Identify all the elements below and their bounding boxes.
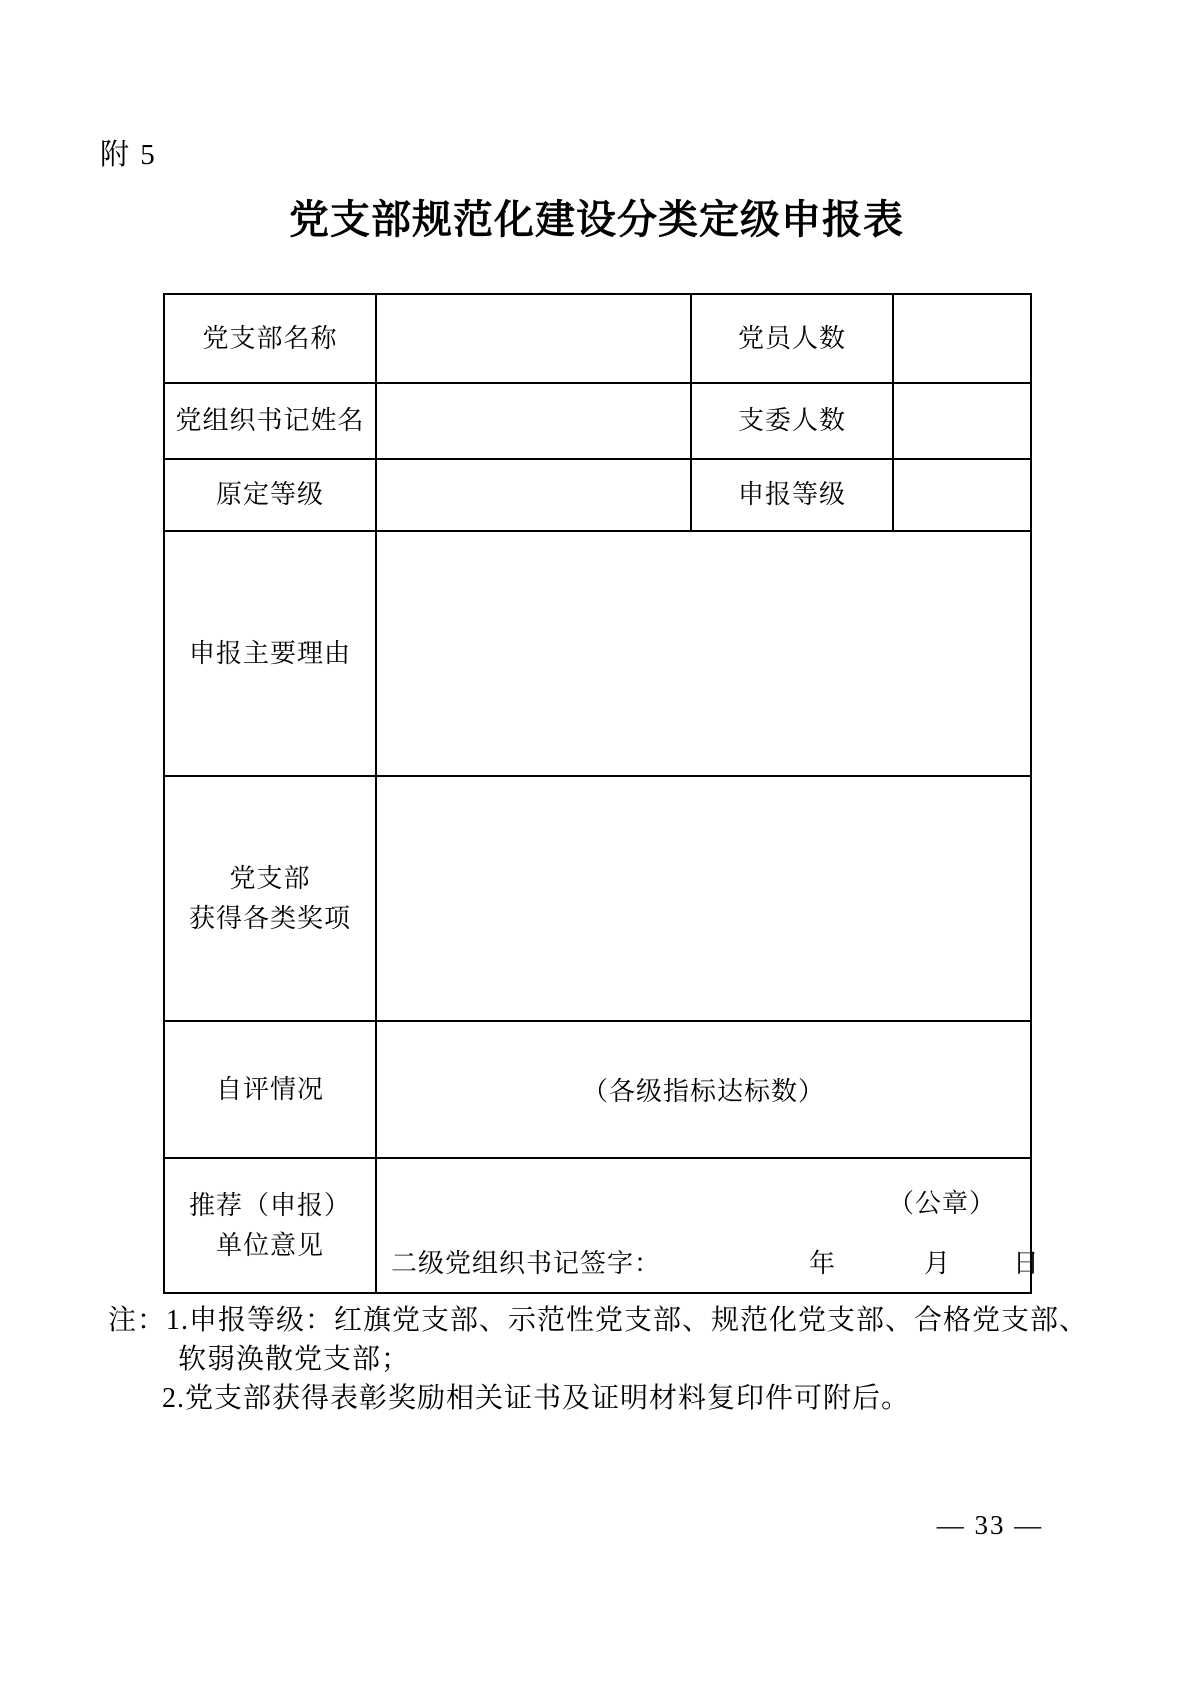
application-reason-input-cell: [376, 531, 1031, 776]
note-item1-line1: 注：1.申报等级：红旗党支部、示范性党支部、规范化党支部、合格党支部、: [108, 1298, 1088, 1338]
table-row-awards: 党支部 获得各类奖项: [164, 776, 1031, 1021]
table-row-application-reason: 申报主要理由: [164, 531, 1031, 776]
table-row-branch-name: 党支部名称 党员人数: [164, 294, 1031, 383]
committee-count-label: 支委人数: [691, 383, 893, 459]
branch-name-label: 党支部名称: [164, 294, 376, 383]
applied-grade-label: 申报等级: [691, 459, 893, 531]
committee-count-input-cell: [893, 383, 1031, 459]
date-year-label: 年: [809, 1243, 836, 1280]
page-title: 党支部规范化建设分类定级申报表: [163, 188, 1030, 245]
official-seal-placeholder: （公章）: [888, 1183, 996, 1220]
awards-label-line2: 获得各类奖项: [165, 899, 375, 939]
attachment-number-label: 附 5: [100, 132, 157, 173]
signature-date-row: 二级党组织书记签字： 年 月 日: [391, 1246, 1020, 1280]
date-month-label: 月: [924, 1243, 951, 1280]
awards-input-cell: [376, 776, 1031, 1021]
applied-grade-input-cell: [893, 459, 1031, 531]
recommend-opinion-label-line2: 单位意见: [165, 1226, 375, 1266]
table-row-recommend-opinion: 推荐（申报） 单位意见 （公章） 二级党组织书记签字： 年 月 日: [164, 1158, 1031, 1293]
date-day-label: 日: [1013, 1243, 1040, 1280]
secretary-signature-label: 二级党组织书记签字：: [391, 1243, 661, 1280]
member-count-input-cell: [893, 294, 1031, 383]
note-item1-line2: 软弱涣散党支部；: [178, 1337, 410, 1377]
page-number: — 33 —: [905, 1510, 1075, 1541]
application-form-table: 党支部名称 党员人数 党组织书记姓名 支委人数 原定等级 申报等级 申报主要理由…: [163, 293, 1032, 1294]
original-grade-label: 原定等级: [164, 459, 376, 531]
recommend-opinion-label-line1: 推荐（申报）: [165, 1186, 375, 1226]
note-item2: 2.党支部获得表彰奖励相关证书及证明材料复印件可附后。: [162, 1376, 910, 1416]
awards-label-line1: 党支部: [165, 859, 375, 899]
table-row-secretary: 党组织书记姓名 支委人数: [164, 383, 1031, 459]
original-grade-input-cell: [376, 459, 691, 531]
document-page: 附 5 党支部规范化建设分类定级申报表 党支部名称 党员人数 党组织书记姓名 支…: [0, 0, 1190, 1683]
awards-label: 党支部 获得各类奖项: [164, 776, 376, 1021]
recommend-opinion-label: 推荐（申报） 单位意见: [164, 1158, 376, 1293]
secretary-name-input-cell: [376, 383, 691, 459]
table-row-grade: 原定等级 申报等级: [164, 459, 1031, 531]
self-evaluation-input-cell: （各级指标达标数）: [376, 1021, 1031, 1158]
table-row-self-evaluation: 自评情况 （各级指标达标数）: [164, 1021, 1031, 1158]
note-item1-text: 1.申报等级：红旗党支部、示范性党支部、规范化党支部、合格党支部、: [166, 1305, 1088, 1336]
recommend-opinion-input-cell: （公章） 二级党组织书记签字： 年 月 日: [376, 1158, 1031, 1293]
note-prefix: 注：: [108, 1305, 166, 1336]
secretary-name-label: 党组织书记姓名: [164, 383, 376, 459]
self-evaluation-label: 自评情况: [164, 1021, 376, 1158]
branch-name-input-cell: [376, 294, 691, 383]
application-reason-label: 申报主要理由: [164, 531, 376, 776]
member-count-label: 党员人数: [691, 294, 893, 383]
